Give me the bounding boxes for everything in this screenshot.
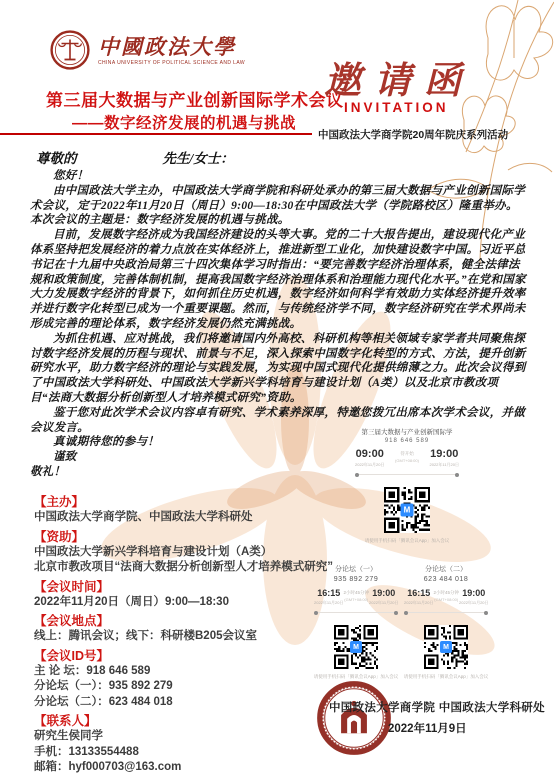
sub2-timeline-bar [406,612,487,613]
sub2-end-date: 2022年11月20日 [459,600,489,606]
conference-subtitle: ——数字经济发展的机遇与挑战 [72,111,296,133]
salutation-suffix: 先生/女士： [163,151,234,166]
main-forum-id: 主 论 坛：918 646 589 [34,664,334,680]
sub-forum-1-id: 分论坛（一）：935 892 279 [34,679,334,695]
salutation-prefix: 尊敬的 [36,151,77,166]
sub1-qr-code: M [334,625,378,669]
paragraph-1: 由中国政法大学主办，中国政法大学商学院和科研处承办的第三届大数据与产业创新国际学… [30,184,527,228]
conference-title: 第三届大数据与产业创新国际学术会议 [46,86,344,111]
sub2-qr-caption: 请使用手机扫码「腾讯会议App」加入会议 [404,674,489,680]
anniversary-series-note: 中国政法大学商学院20周年院庆系列活动 [318,127,508,142]
contact-email: 邮箱：hyf000703@163.com [34,760,334,776]
sub-forum-2-card: 分论坛（二） 623 484 018 16:15 2022年11月20日 2小时… [404,564,488,680]
sub1-timeline-bar [316,612,397,613]
invitation-calligraphy: 邀请函 [324,50,474,104]
sub2-qr-code: M [424,625,468,669]
greeting: 您好！ [30,169,527,184]
section-time-line: 2022年11月20日（周日）9:00—18:30 [34,595,334,611]
main-meeting-card: 第三届大数据与产业创新国际学 918 646 589 09:00 2022年11… [355,427,459,544]
tencent-meeting-icon: M [401,504,414,517]
sub2-duration: 2小时45分钟 [434,590,460,596]
tencent-meeting-icon: M [440,641,452,653]
start-time: 09:00 [355,449,385,460]
section-contact-title: 【联系人】 [34,713,334,729]
section-location-line: 线上：腾讯会议；线下：科研楼B205会议室 [34,629,334,645]
invitation-letter-page: 中國政法大學 CHINA UNIVERSITY OF POLITICAL SCI… [0,0,554,782]
meeting-status: 待开始 [395,451,419,457]
contact-person: 研究生侯同学 [34,729,334,745]
paragraph-3: 为抓住机遇、应对挑战，我们将邀请国内外高校、科研机构等相关领域专家学者共同聚焦探… [30,332,527,406]
start-date: 2022年11月20日 [355,462,385,468]
meeting-card-id: 918 646 589 [385,438,429,444]
sub-forum-1-name: 分论坛（一） [335,564,377,574]
signature-organizations: 中国政法大学商学院 中国政法大学科研处 [329,699,545,715]
end-time: 19:00 [430,449,460,460]
sub1-end-time: 19:00 [369,588,399,598]
meeting-card-title: 第三届大数据与产业创新国际学 [362,427,453,436]
meeting-timezone: (GMT+08:00) [395,458,419,463]
sub-forum-2-meeting-id: 623 484 018 [424,576,468,583]
sub-forum-2-name: 分论坛（二） [425,564,467,574]
sub1-duration: 2小时45分钟 [344,590,370,596]
invitation-english: INVITATION [344,100,449,115]
sub2-start-date: 2022年11月20日 [404,600,434,606]
sub-forum-1-meeting-id: 935 892 279 [334,576,378,583]
conference-info-sections: 【主办】 中国政法大学商学院、中国政法大学科研处 【资助】 中国政法大学新兴学科… [34,491,334,776]
main-qr-code: M [384,487,430,533]
end-date: 2022年11月20日 [430,462,460,468]
section-host-title: 【主办】 [34,494,334,510]
section-location-title: 【会议地点】 [34,613,334,629]
sub1-end-date: 2022年11月20日 [369,600,399,606]
university-name-en: CHINA UNIVERSITY OF POLITICAL SCIENCE AN… [98,60,245,66]
sub1-timezone: (GMT+08:00) [344,597,370,602]
sub2-end-time: 19:00 [459,588,489,598]
sub-forum-2-id: 分论坛（二）：623 484 018 [34,695,334,711]
section-funding-title: 【资助】 [34,529,334,545]
sub2-timezone: (GMT+08:00) [434,597,460,602]
section-host-line: 中国政法大学商学院、中国政法大学科研处 [34,510,334,526]
university-logo: 中國政法大學 CHINA UNIVERSITY OF POLITICAL SCI… [50,30,245,70]
paragraph-2: 目前，发展数字经济成为我国经济建设的头等大事。党的二十大报告提出，建设现代化产业… [30,228,527,332]
section-meeting-id-title: 【会议ID号】 [34,648,334,664]
sub1-qr-caption: 请使用手机扫码「腾讯会议App」加入会议 [314,674,399,680]
sub1-start-time: 16:15 [314,588,344,598]
sub1-start-date: 2022年11月20日 [314,600,344,606]
tencent-meeting-icon: M [350,641,362,653]
signature-date: 2022年11月9日 [388,720,467,736]
university-emblem-icon [50,30,90,70]
meeting-timeline-bar [357,474,457,475]
sub-forum-1-card: 分论坛（一） 935 892 279 16:15 2022年11月20日 2小时… [314,564,398,680]
university-name-cn: 中國政法大學 [98,35,245,59]
section-funding-line1: 中国政法大学新兴学科培育与建设计划（A类） [34,545,334,561]
header-divider [0,133,312,135]
section-time-title: 【会议时间】 [34,579,334,595]
contact-phone: 手机：13133554488 [34,745,334,761]
sub2-start-time: 16:15 [404,588,434,598]
section-funding-line2: 北京市教改项目“法商大数据分析创新型人才培养模式研究” [34,560,334,576]
meeting-time-row: 09:00 2022年11月20日 待开始 (GMT+08:00) 19:00 … [355,449,459,468]
main-qr-caption: 请使用手机扫码「腾讯会议App」加入会议 [365,538,450,544]
salutation: 尊敬的先生/女士： [36,147,234,167]
